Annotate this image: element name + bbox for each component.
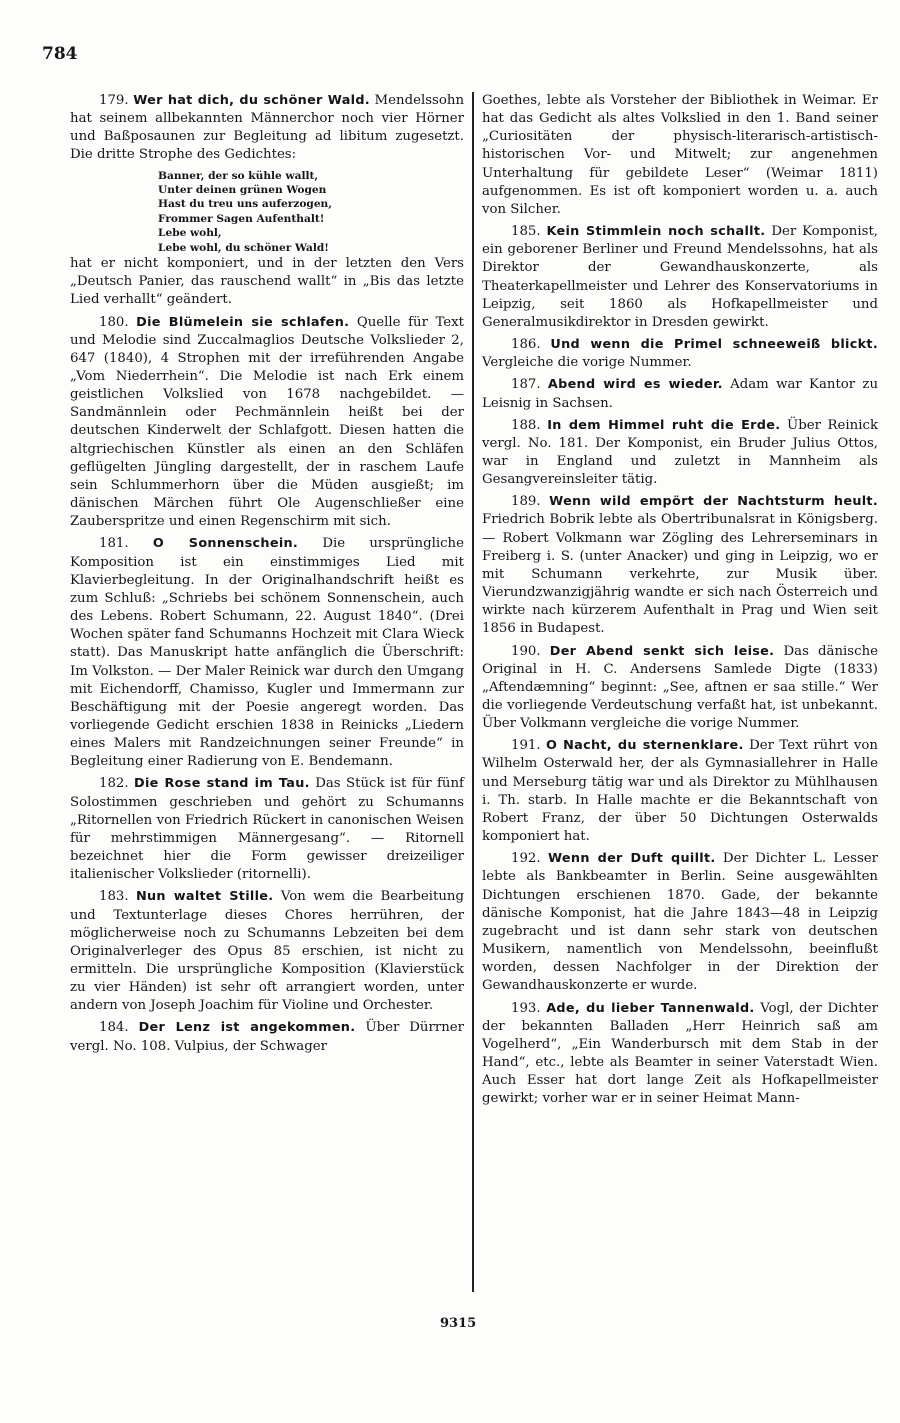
- signature-mark: 9315: [440, 1316, 476, 1331]
- entry-187: 187. Abend wird es wieder. Adam war Kant…: [482, 376, 878, 412]
- entry-title: Der Abend senkt sich leise.: [550, 644, 775, 659]
- entry-title: O Nacht, du sternenklare.: [546, 738, 744, 753]
- entry-181: 181. O Sonnenschein. Die ursprüngliche K…: [70, 535, 464, 771]
- entry-186: 186. Und wenn die Primel schneeweiß blic…: [482, 336, 878, 372]
- poem-stanza: Banner, der so kühle wallt, Unter deinen…: [158, 169, 464, 255]
- entry-title: Ade, du lieber Tannenwald.: [546, 1001, 754, 1016]
- entry-189: 189. Wenn wild empört der Nachtsturm heu…: [482, 493, 878, 638]
- entry-title: Abend wird es wieder.: [548, 377, 723, 392]
- entry-title: Wer hat dich, du schöner Wald.: [133, 93, 370, 108]
- left-column: 179. Wer hat dich, du schöner Wald. Mend…: [70, 92, 464, 1060]
- entry-193: 193. Ade, du lieber Tannenwald. Vogl, de…: [482, 1000, 878, 1109]
- entry-192: 192. Wenn der Duft quillt. Der Dichter L…: [482, 850, 878, 995]
- entry-title: Wenn wild empört der Nachtsturm heult.: [549, 494, 878, 509]
- entry-179: 179. Wer hat dich, du schöner Wald. Mend…: [70, 92, 464, 165]
- right-column: Goethes, lebte als Vorsteher der Bibliot…: [482, 92, 878, 1112]
- entry-190: 190. Der Abend senkt sich leise. Das dän…: [482, 643, 878, 734]
- page-number: 784: [42, 44, 78, 64]
- entry-188: 188. In dem Himmel ruht die Erde. Über R…: [482, 417, 878, 490]
- entry-182: 182. Die Rose stand im Tau. Das Stück is…: [70, 775, 464, 884]
- entry-title: Die Blümelein sie schlafen.: [136, 315, 349, 330]
- entry-title: Der Lenz ist angekommen.: [139, 1020, 356, 1035]
- entry-179-continued: hat er nicht komponiert, und in der letz…: [70, 255, 464, 309]
- two-column-body: 179. Wer hat dich, du schöner Wald. Mend…: [70, 92, 880, 1292]
- entry-title: Kein Stimmlein noch schallt.: [547, 224, 766, 239]
- entry-184-continued: Goethes, lebte als Vorsteher der Bibliot…: [482, 92, 878, 219]
- entry-title: Wenn der Duft quillt.: [548, 851, 716, 866]
- entry-title: In dem Himmel ruht die Erde.: [547, 418, 780, 433]
- entry-185: 185. Kein Stimmlein noch schallt. Der Ko…: [482, 223, 878, 332]
- entry-183: 183. Nun waltet Stille. Von wem die Bear…: [70, 888, 464, 1015]
- entry-title: O Sonnenschein.: [153, 536, 298, 551]
- entry-180: 180. Die Blümelein sie schlafen. Quelle …: [70, 314, 464, 532]
- column-divider: [472, 92, 474, 1292]
- entry-title: Die Rose stand im Tau.: [134, 776, 310, 791]
- entry-184: 184. Der Lenz ist angekommen. Über Dürrn…: [70, 1019, 464, 1055]
- entry-title: Und wenn die Primel schneeweiß blickt.: [550, 337, 878, 352]
- entry-191: 191. O Nacht, du sternenklare. Der Text …: [482, 737, 878, 846]
- entry-title: Nun waltet Stille.: [136, 889, 273, 904]
